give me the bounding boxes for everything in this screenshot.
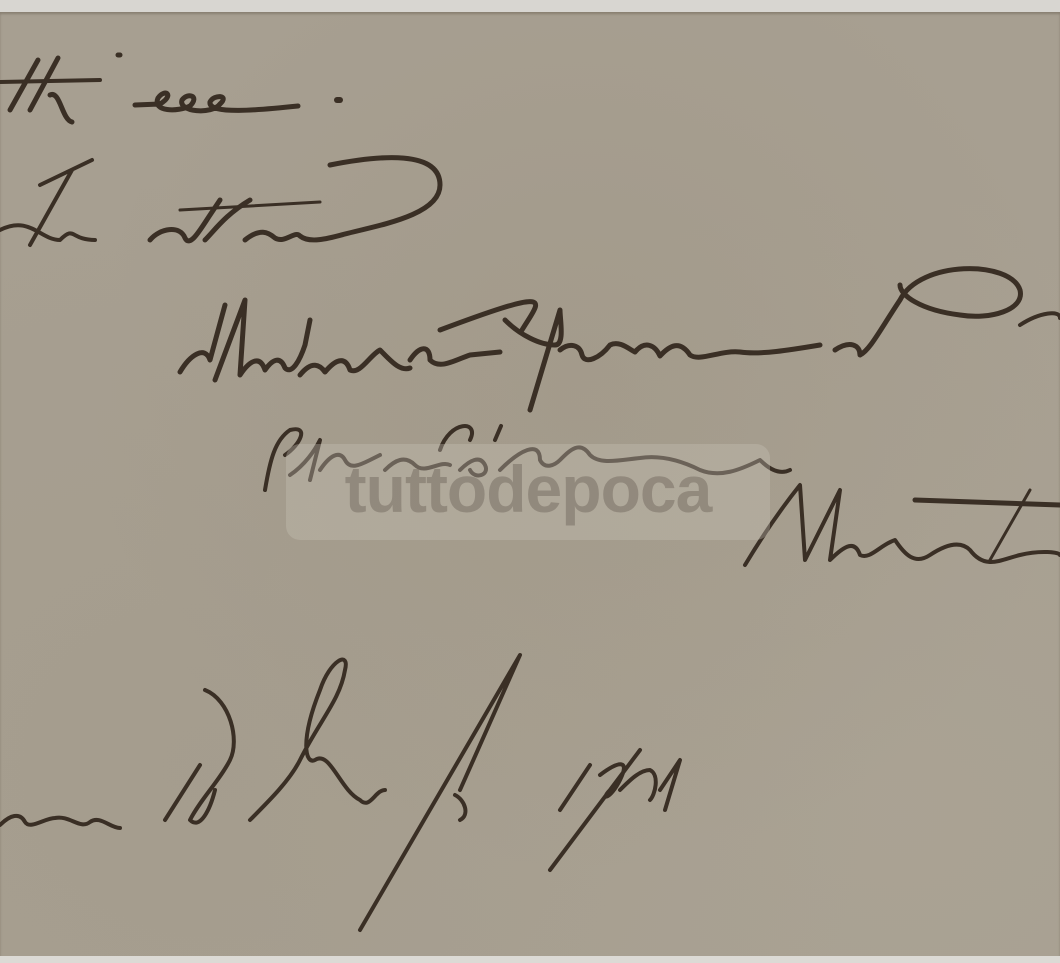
recipient-name: Marchesa Giovanna d'A... (180, 300, 986, 373)
watermark-box: tuttodepoca (286, 444, 770, 540)
handwritten-line-greeting: ...tti ecc. (0, 60, 212, 116)
place-and-date: ...tova 18 luglio 1921 (0, 760, 623, 828)
watermark-text: tuttodepoca (345, 451, 712, 527)
handwritten-line-in-attesa: In attesa (0, 180, 250, 245)
recipient-city: Mantova (745, 490, 1011, 560)
